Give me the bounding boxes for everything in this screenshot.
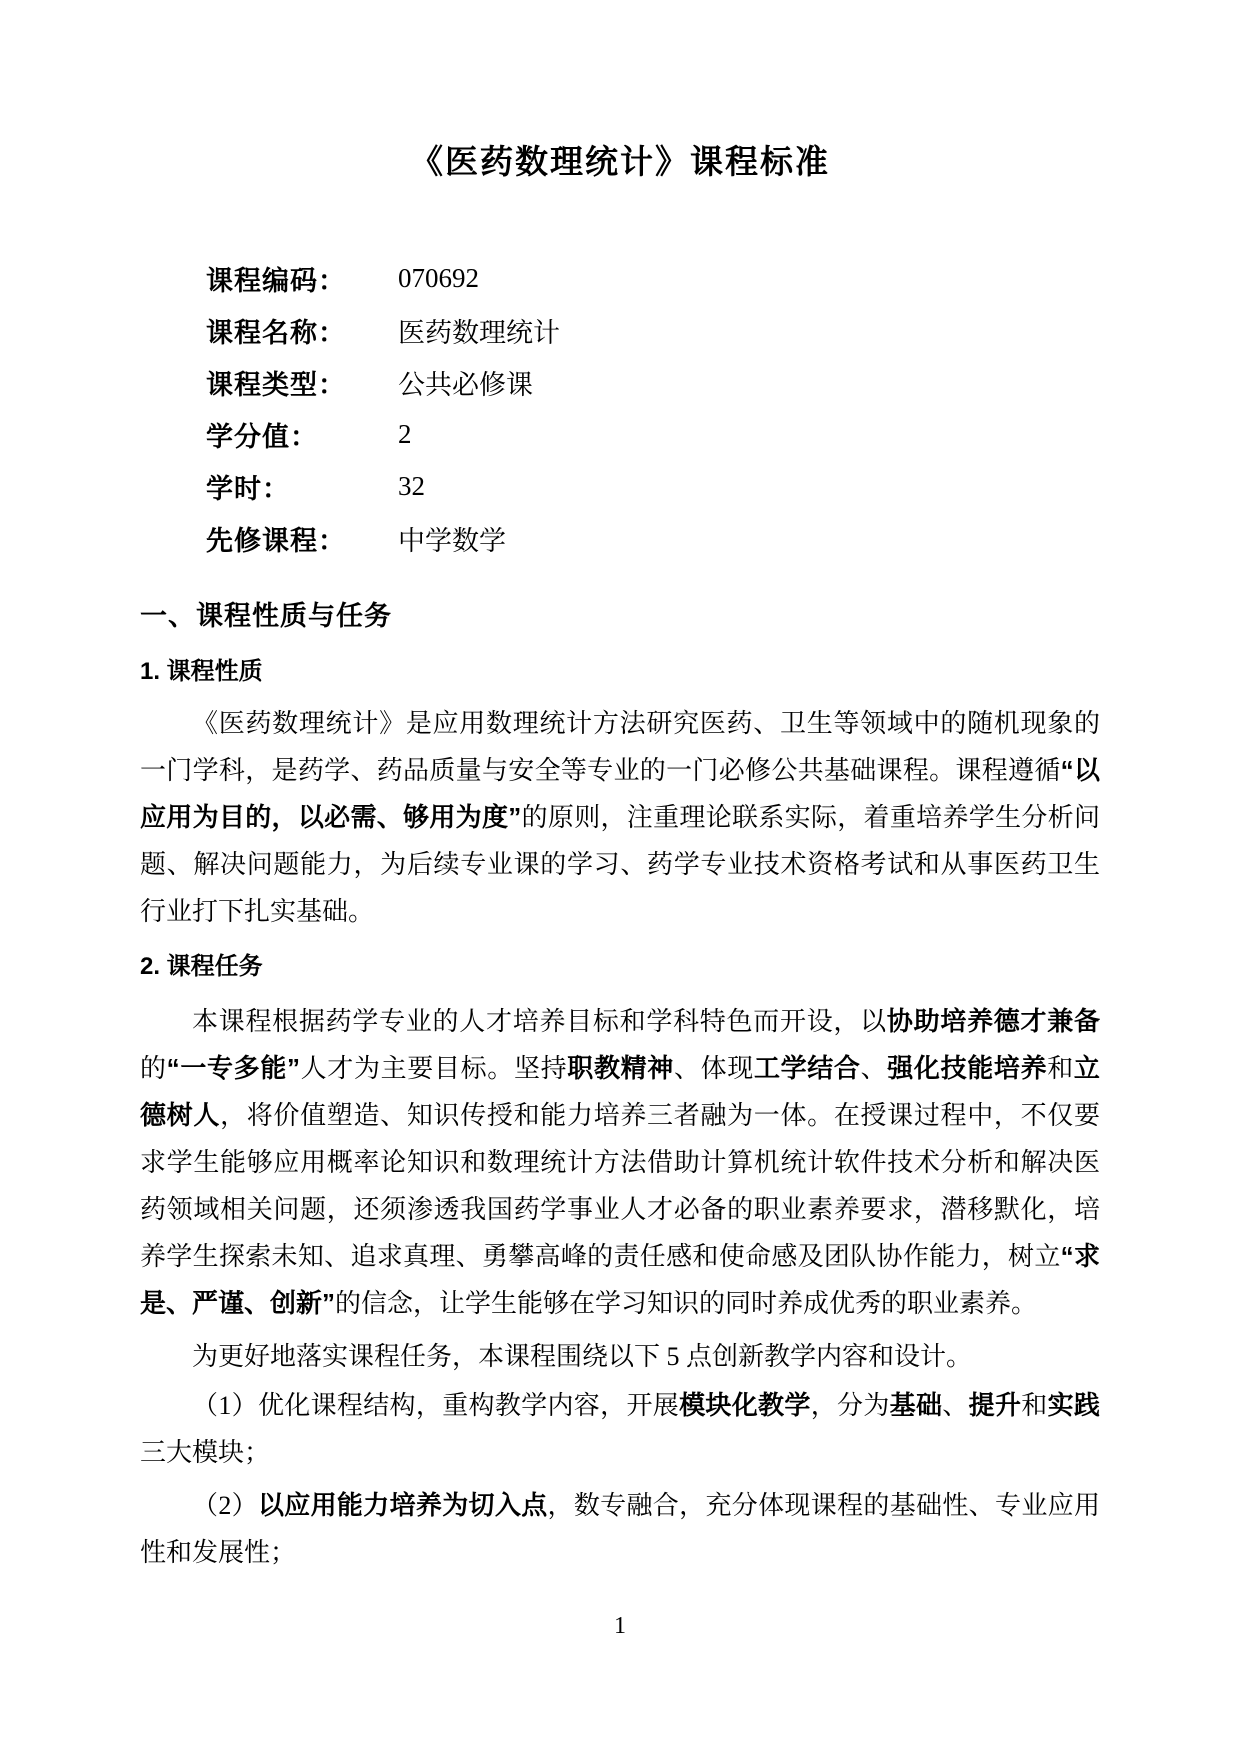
section-heading-nature-and-task: 一、课程性质与任务 [140,597,1100,635]
meta-row-course-name: 课程名称： 医药数理统计 [206,304,1100,356]
meta-label: 先修课程： [206,519,398,558]
meta-value: 2 [398,419,412,450]
list-item-2: （2）以应用能力培养为切入点，数专融合，充分体现课程的基础性、专业应用性和发展性… [140,1482,1100,1576]
bold-text-run: 强化技能培养 [887,1053,1047,1083]
bold-text-run: 以应用能力培养为切入点 [258,1490,548,1520]
meta-value: 公共必修课 [398,363,533,402]
document-page: 《医药数理统计》课程标准 课程编码： 070692 课程名称： 医药数理统计 课… [0,0,1240,1753]
text-run: （1）优化课程结构，重构教学内容，开展 [192,1391,679,1420]
meta-label: 学时： [206,467,398,506]
meta-value: 中学数学 [398,519,506,558]
bold-text-run: “一专多能” [167,1053,300,1083]
paragraph-course-task: 本课程根据药学专业的人才培养目标和学科特色而开设，以协助培养德才兼备的“一专多能… [140,998,1100,1327]
text-run: 《医药数理统计》是应用数理统计方法研究医药、卫生等领域中的随机现象的一门学科，是… [140,709,1100,785]
meta-value: 医药数理统计 [398,311,560,350]
text-run: 本课程根据药学专业的人才培养目标和学科特色而开设，以 [192,1007,887,1036]
text-run: 、体现 [674,1054,754,1083]
meta-label: 课程编码： [206,259,398,298]
text-run: 和 [1021,1391,1047,1420]
bold-text-run: 实践 [1048,1390,1100,1420]
bold-text-run: 模块化教学 [679,1390,811,1420]
text-run: 为更好地落实课程任务，本课程围绕以下 5 点创新教学内容和设计。 [192,1342,972,1371]
page-title: 《医药数理统计》课程标准 [140,140,1100,186]
text-run: 、 [942,1391,968,1420]
text-run: 三大模块； [140,1438,270,1467]
text-run: ，分为 [811,1391,890,1420]
text-run: 、 [861,1054,888,1083]
text-run: （2） [192,1491,258,1520]
meta-row-hours: 学时： 32 [206,460,1100,512]
meta-value: 32 [398,471,425,502]
meta-label: 课程类型： [206,363,398,402]
meta-row-course-type: 课程类型： 公共必修课 [206,356,1100,408]
text-run: 的信念，让学生能够在学习知识的同时养成优秀的职业素养。 [335,1289,1037,1318]
paragraph-course-nature: 《医药数理统计》是应用数理统计方法研究医药、卫生等领域中的随机现象的一门学科，是… [140,700,1100,935]
meta-row-prerequisite: 先修课程： 中学数学 [206,512,1100,564]
bold-text-run: 协助培养德才兼备 [887,1006,1100,1036]
meta-row-credit: 学分值： 2 [206,408,1100,460]
bold-text-run: 工学结合 [754,1053,861,1083]
bold-text-run: 基础 [890,1390,943,1420]
meta-label: 课程名称： [206,311,398,350]
list-item-1: （1）优化课程结构，重构教学内容，开展模块化教学，分为基础、提升和实践三大模块； [140,1382,1100,1476]
page-number: 1 [0,1613,1240,1640]
meta-row-course-code: 课程编码： 070692 [206,252,1100,304]
text-run: 的 [140,1054,167,1083]
meta-label: 学分值： [206,415,398,454]
bold-text-run: 提升 [969,1390,1022,1420]
course-meta-list: 课程编码： 070692 课程名称： 医药数理统计 课程类型： 公共必修课 学分… [206,252,1100,564]
text-run: ，将价值塑造、知识传授和能力培养三者融为一体。在授课过程中，不仅要求学生能够应用… [140,1101,1100,1271]
text-run: 人才为主要目标。坚持 [300,1054,567,1083]
paragraph-task-intro: 为更好地落实课程任务，本课程围绕以下 5 点创新教学内容和设计。 [140,1333,1100,1380]
bold-text-run: 职教精神 [567,1053,674,1083]
meta-value: 070692 [398,263,479,294]
text-run: 和 [1047,1054,1074,1083]
subsection-heading-course-task: 2. 课程任务 [140,950,1100,983]
subsection-heading-course-nature: 1. 课程性质 [140,655,1100,688]
